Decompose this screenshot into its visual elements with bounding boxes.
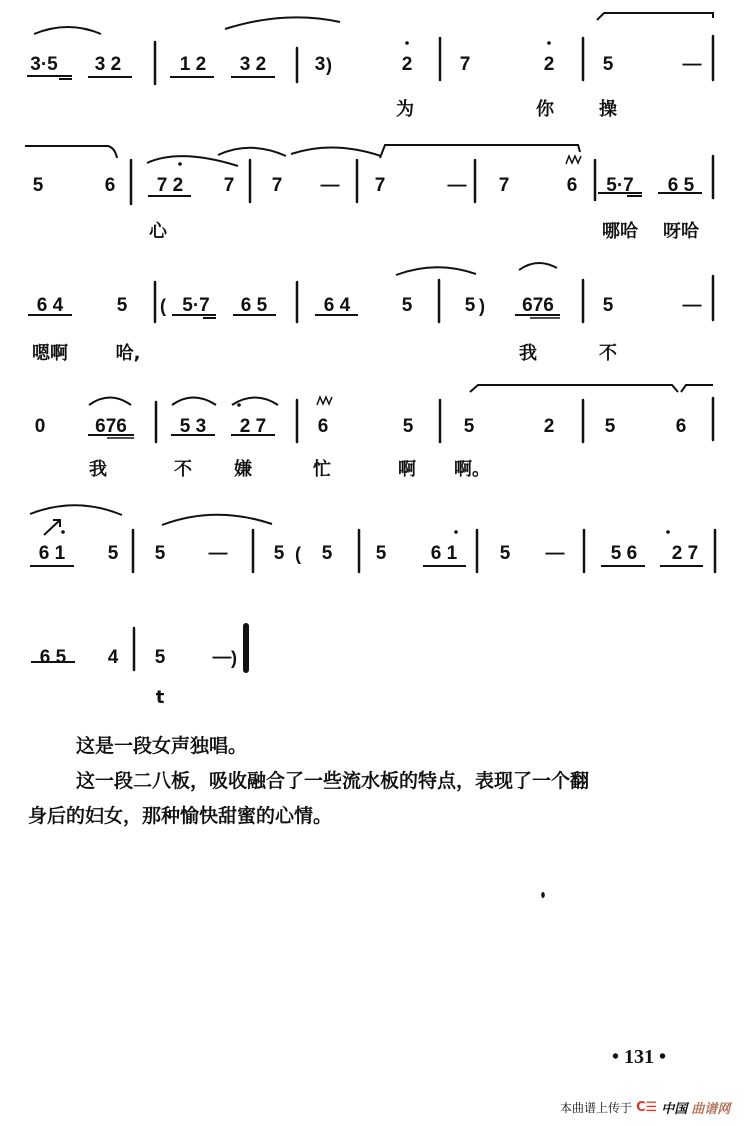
note: 5: [376, 544, 387, 564]
lyric: 哈,: [116, 344, 141, 364]
note: 6 1: [431, 544, 457, 564]
repeat-parenthesis: (: [295, 544, 301, 564]
note: 6 5: [668, 176, 694, 196]
lyric: 哪哈: [602, 222, 638, 242]
note: 6: [105, 176, 116, 196]
repeat-parenthesis: (: [160, 296, 166, 316]
repeat-parenthesis: ): [479, 296, 485, 316]
note: 5: [155, 648, 166, 668]
lyric: 操: [599, 100, 617, 120]
note: 2: [544, 55, 555, 75]
note: 5·7: [182, 296, 209, 316]
note: 7 2: [157, 176, 183, 196]
note: 5 6: [611, 544, 637, 564]
note: 7: [272, 176, 283, 196]
note: 5: [117, 296, 128, 316]
description-paragraph-2-line-2: 身后的妇女，那种愉快甜蜜的心情。: [28, 800, 728, 832]
note: —: [683, 55, 702, 75]
note: 6 4: [324, 296, 350, 316]
note: 5: [274, 544, 285, 564]
note: 676: [95, 417, 127, 437]
lyric: t: [156, 688, 165, 708]
note: 6: [567, 176, 578, 196]
note: 5: [33, 176, 44, 196]
lyric: 我: [89, 460, 107, 480]
note: —: [546, 544, 565, 564]
note: 7: [224, 176, 235, 196]
lyric: 为: [396, 100, 414, 120]
note: 3 2: [240, 55, 266, 75]
note: 5: [464, 417, 475, 437]
lyric: 你: [536, 100, 554, 120]
note: 4: [108, 648, 119, 668]
note: 5: [108, 544, 119, 564]
page-number: • 131 •: [612, 1046, 666, 1069]
note: 3: [315, 55, 326, 75]
note: 5: [605, 417, 616, 437]
note: 2: [544, 417, 555, 437]
description-paragraph-2-line-1: 这一段二八板，吸收融合了一些流水板的特点，表现了一个翻: [28, 765, 728, 797]
note: 1 2: [180, 55, 206, 75]
description-paragraph-1: 这是一段女声独唱。: [28, 730, 728, 762]
note: 5: [603, 296, 614, 316]
note: 6 5: [241, 296, 267, 316]
note: 5: [402, 296, 413, 316]
note: —: [213, 648, 232, 668]
lyric: 我: [519, 344, 537, 364]
footer-watermark: 本曲谱上传于 C☰ 中国曲谱网: [560, 1098, 730, 1117]
lyric: 嗯啊: [32, 344, 68, 364]
note: 5: [322, 544, 333, 564]
note: 7: [375, 176, 386, 196]
lyric: 呀哈: [663, 222, 699, 242]
note: 7: [460, 55, 471, 75]
note: 5 3: [180, 417, 206, 437]
note: —: [683, 296, 702, 316]
lyric: 心: [149, 222, 167, 242]
description: 这是一段女声独唱。 这一段二八板，吸收融合了一些流水板的特点，表现了一个翻 身后…: [28, 730, 728, 832]
note: 2 7: [240, 417, 266, 437]
site-logo-text-secondary: 曲谱网: [691, 1098, 730, 1117]
note: 5: [603, 55, 614, 75]
repeat-parenthesis: ): [326, 55, 332, 75]
repeat-parenthesis: ): [231, 648, 237, 668]
site-logo-icon: C☰: [636, 1100, 657, 1115]
note: 676: [522, 296, 554, 316]
site-logo-text-primary: 中国: [661, 1098, 687, 1117]
lyric: 嫌: [234, 460, 252, 480]
upload-text: 本曲谱上传于: [560, 1099, 632, 1116]
lyric: 啊。: [454, 460, 490, 480]
note: 6 5: [40, 648, 66, 668]
note: 5: [500, 544, 511, 564]
lyric: 不: [174, 460, 192, 480]
note: 5: [465, 296, 476, 316]
note: 2 7: [672, 544, 698, 564]
note: 6 4: [37, 296, 63, 316]
note: 6: [318, 417, 329, 437]
note: 2: [402, 55, 413, 75]
note: 3·5: [30, 55, 57, 75]
note: 6 1: [39, 544, 65, 564]
note: 0: [35, 417, 46, 437]
note: 5·7: [606, 176, 633, 196]
note: 3 2: [95, 55, 121, 75]
lyric: 忙: [313, 460, 331, 480]
note: 6: [676, 417, 687, 437]
note: 7: [499, 176, 510, 196]
lyric: 啊: [398, 460, 416, 480]
note: 5: [403, 417, 414, 437]
lyric: 不: [599, 344, 617, 364]
note: —: [209, 544, 228, 564]
note: —: [321, 176, 340, 196]
note: —: [448, 176, 467, 196]
note: 5: [155, 544, 166, 564]
